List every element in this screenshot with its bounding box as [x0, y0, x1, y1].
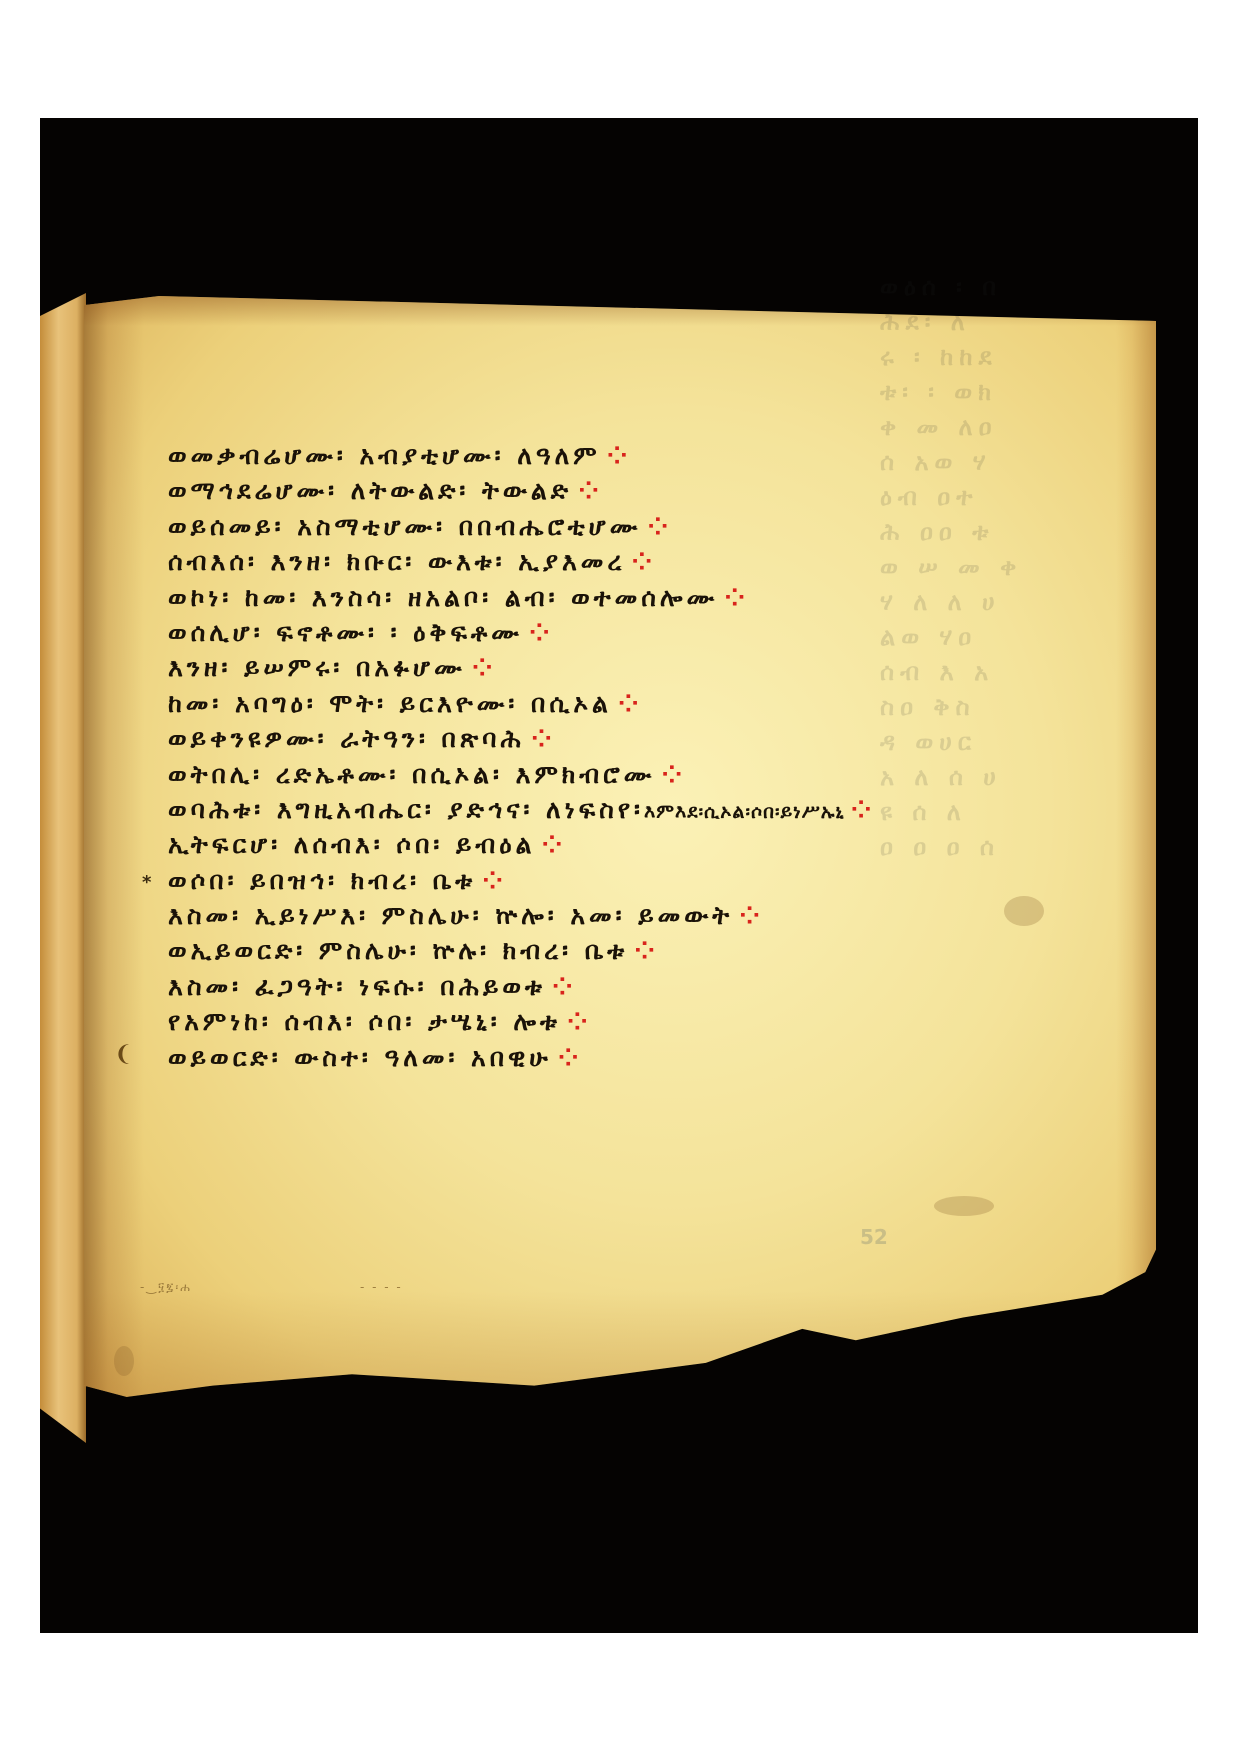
rubric-cross-icon: ⁘ — [567, 1007, 592, 1036]
text-line: እንዘ፡ ይሠምሩ፡ በአፉሆሙ⁘ — [168, 650, 1068, 685]
footer-marginalia: - - - - — [360, 1280, 403, 1294]
text-line: ወሶበ፡ ይበዝኅ፡ ክብረ፡ ቤቱ⁘ — [168, 863, 1068, 898]
rubric-cross-icon: ⁘ — [578, 476, 603, 505]
rubric-cross-icon: ⁘ — [482, 866, 507, 895]
text-line: ወትበሊ፡ ረድኤቶሙ፡ በሲኦል፡ እምክብሮሙ⁘ — [168, 757, 1068, 792]
page-gutter-shadow — [84, 296, 144, 1431]
text-line: ወይወርድ፡ ውስተ፡ ዓለመ፡ አበዊሁ⁘ — [168, 1040, 1068, 1075]
text-line: ወኮነ፡ ከመ፡ እንስሳ፡ ዘአልቦ፡ ልብ፡ ወተመሰሎሙ⁘ — [168, 580, 1068, 615]
text-line: እስመ፡ ኢይነሥእ፡ ምስሌሁ፡ ኵሎ፡ አመ፡ ይመውት⁘ — [168, 898, 1068, 933]
text-line: ወመቃብሬሆሙ፡ አብያቲሆሙ፡ ለዓለም⁘ — [168, 438, 1068, 473]
text-line: የአምነከ፡ ሰብእ፡ ሶበ፡ ታሤኒ፡ ሎቱ⁘ — [168, 1004, 1068, 1039]
line-text: ወትበሊ፡ ረድኤቶሙ፡ በሲኦል፡ እምክብሮሙ — [168, 760, 655, 789]
folio-number: 52 — [860, 1225, 888, 1249]
line-text: ወሰሊሆ፡ ፍኖቶሙ፡ ፡ ዕቅፍቶሙ — [168, 618, 523, 647]
margin-asterisk: * — [142, 872, 151, 893]
rubric-cross-icon: ⁘ — [558, 1043, 583, 1072]
line-text: ከመ፡ አባግዕ፡ ሞት፡ ይርእዮሙ፡ በሲኦል — [168, 689, 612, 718]
rubric-cross-icon: ⁘ — [531, 724, 556, 753]
rubric-cross-icon: ⁘ — [618, 689, 643, 718]
line-text: ኢትፍርሆ፡ ለሰብእ፡ ሶበ፡ ይብዕል — [168, 830, 535, 859]
line-text: ሰብእሰ፡ እንዘ፡ ክቡር፡ ውእቱ፡ ኢያእመረ — [168, 547, 625, 576]
left-page-edge — [40, 293, 86, 1443]
line-text: ወባሕቱ፡ እግዚአብሔር፡ ያድኅና፡ ለነፍስየ፡ — [168, 795, 644, 824]
rubric-cross-icon: ⁘ — [472, 653, 497, 682]
text-line: ወኢይወርድ፡ ምስሌሁ፡ ኵሉ፡ ክብረ፡ ቤቱ⁘ — [168, 933, 1068, 968]
line-text: ወኢይወርድ፡ ምስሌሁ፡ ኵሉ፡ ክብረ፡ ቤቱ — [168, 936, 628, 965]
text-line: ሰብእሰ፡ እንዘ፡ ክቡር፡ ውእቱ፡ ኢያእመረ⁘ — [168, 544, 1068, 579]
line-text: እስመ፡ ፈጋዓት፡ ነፍሱ፡ በሕይወቱ — [168, 972, 546, 1001]
line-text: ወመቃብሬሆሙ፡ አብያቲሆሙ፡ ለዓለም — [168, 441, 601, 470]
text-line: ወይሰመይ፡ አስማቲሆሙ፡ በበብሔሮቲሆሙ⁘ — [168, 509, 1068, 544]
rubric-cross-icon: ⁘ — [647, 512, 672, 541]
rubric-cross-icon: ⁘ — [552, 972, 577, 1001]
line-text: እስመ፡ ኢይነሥእ፡ ምስሌሁ፡ ኵሎ፡ አመ፡ ይመውት — [168, 901, 733, 930]
line-text: ወይወርድ፡ ውስተ፡ ዓለመ፡ አበዊሁ — [168, 1043, 552, 1072]
line-text: ወሶበ፡ ይበዝኅ፡ ክብረ፡ ቤቱ — [168, 866, 476, 895]
rubric-cross-icon: ⁘ — [634, 936, 659, 965]
line-text: ወኮነ፡ ከመ፡ እንስሳ፡ ዘአልቦ፡ ልብ፡ ወተመሰሎሙ — [168, 583, 718, 612]
text-line: ወሰሊሆ፡ ፍኖቶሙ፡ ፡ ዕቅፍቶሙ⁘ — [168, 615, 1068, 650]
line-text: ወይቀንዩዎሙ፡ ራትዓን፡ በጽባሕ — [168, 724, 525, 753]
text-line: ኢትፍርሆ፡ ለሰብእ፡ ሶበ፡ ይብዕል⁘ — [168, 827, 1068, 862]
rubric-cross-icon: ⁘ — [607, 441, 632, 470]
rubric-cross-icon: ⁘ — [541, 830, 566, 859]
manuscript-text: ወመቃብሬሆሙ፡ አብያቲሆሙ፡ ለዓለም⁘ ወማኅደሬሆሙ፡ ለትውልድ፡ ት… — [168, 438, 1068, 1075]
line-text-compressed: እምእደ፡ሲኦል፡ሶበ፡ይነሥኡኒ — [644, 801, 845, 823]
rubric-cross-icon: ⁘ — [631, 547, 656, 576]
text-line: ከመ፡ አባግዕ፡ ሞት፡ ይርእዮሙ፡ በሲኦል⁘ — [168, 686, 1068, 721]
text-line: ወማኅደሬሆሙ፡ ለትውልድ፡ ትውልድ⁘ — [168, 473, 1068, 508]
rubric-cross-icon: ⁘ — [661, 760, 686, 789]
line-text: የአምነከ፡ ሰብእ፡ ሶበ፡ ታሤኒ፡ ሎቱ — [168, 1007, 561, 1036]
rubric-cross-icon: ⁘ — [739, 901, 764, 930]
rubric-cross-icon: ⁘ — [851, 795, 876, 824]
text-line: እስመ፡ ፈጋዓት፡ ነፍሱ፡ በሕይወቱ⁘ — [168, 969, 1068, 1004]
line-text: ወይሰመይ፡ አስማቲሆሙ፡ በበብሔሮቲሆሙ — [168, 512, 641, 541]
footer-marginalia: -‿፶፯፡ሐ — [140, 1280, 192, 1295]
page-right-edge — [1116, 296, 1156, 1431]
text-line: ወባሕቱ፡ እግዚአብሔር፡ ያድኅና፡ ለነፍስየ፡እምእደ፡ሲኦል፡ሶበ፡ይ… — [168, 792, 1068, 827]
text-line: ወይቀንዩዎሙ፡ ራትዓን፡ በጽባሕ⁘ — [168, 721, 1068, 756]
line-text: እንዘ፡ ይሠምሩ፡ በአፉሆሙ — [168, 653, 466, 682]
stain — [114, 1346, 134, 1376]
rubric-cross-icon: ⁘ — [724, 583, 749, 612]
margin-mark: ❨ — [114, 1042, 132, 1067]
rubric-cross-icon: ⁘ — [529, 618, 554, 647]
line-text: ወማኅደሬሆሙ፡ ለትውልድ፡ ትውልድ — [168, 476, 572, 505]
page-bottom-edge — [84, 1291, 1156, 1431]
stain — [934, 1196, 994, 1216]
